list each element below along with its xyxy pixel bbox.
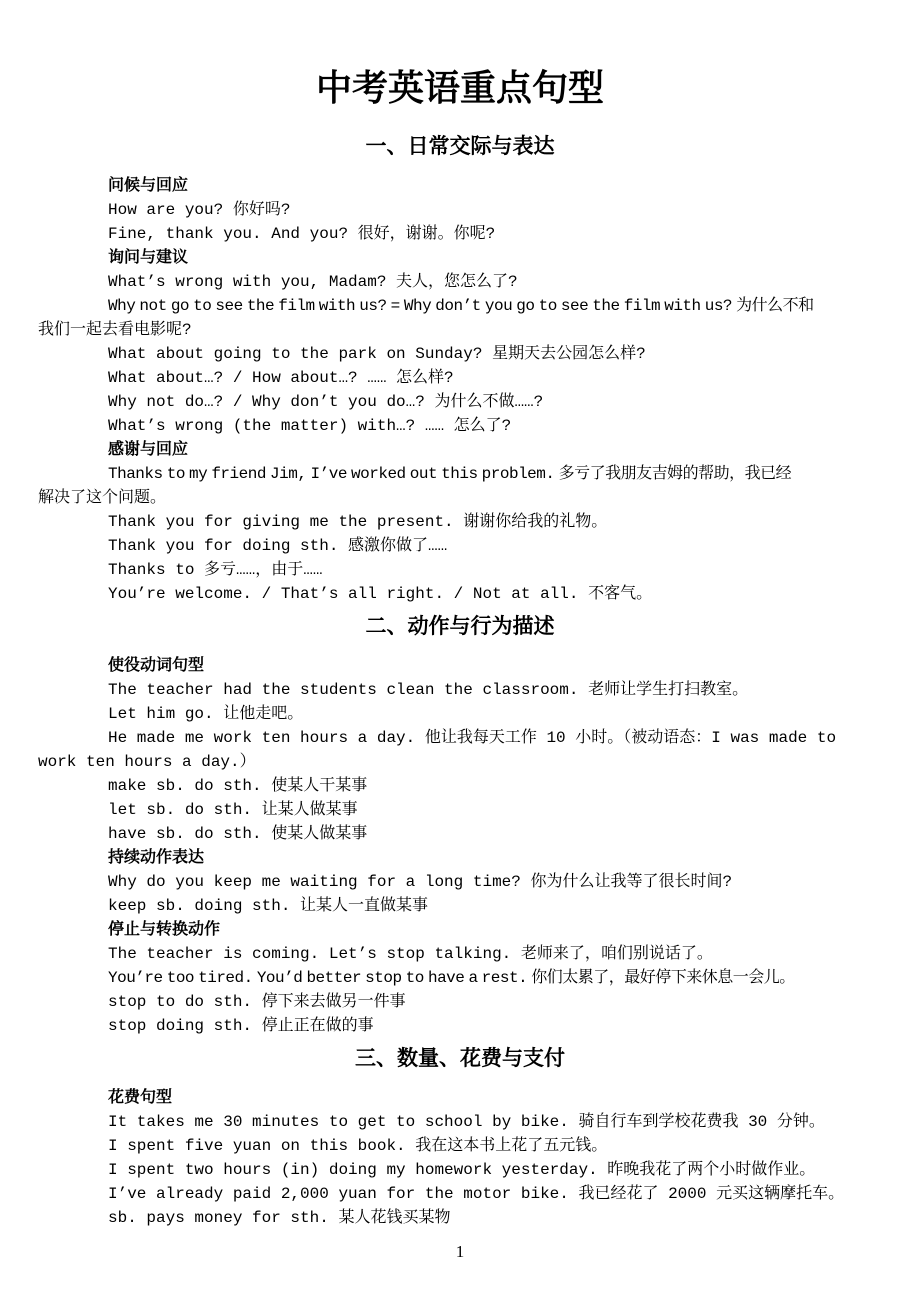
sentence-line: have sb. do sth. 使某人做某事 [38,822,882,846]
sentence-line: make sb. do sth. 使某人干某事 [38,774,882,798]
sentence-line: What’s wrong (the matter) with…? …… 怎么了? [38,414,882,438]
sentence-line: What’s wrong with you, Madam? 夫人，您怎么了? [38,270,882,294]
section-heading: 三、数量、花费与支付 [38,1044,882,1074]
sentence-line: You’re welcome. / That’s all right. / No… [38,582,882,606]
sentence-line: let sb. do sth. 让某人做某事 [38,798,882,822]
sentence-line: He made me work ten hours a day. 他让我每天工作… [38,726,882,750]
sentence-continuation-line: 解决了这个问题。 [38,486,882,510]
doc-title: 中考英语重点句型 [38,64,882,112]
subsection-heading: 花费句型 [38,1086,882,1110]
sentence-line: I spent five yuan on this book. 我在这本书上花了… [38,1134,882,1158]
sentence-line: Thank you for giving me the present. 谢谢你… [38,510,882,534]
sentence-line: Let him go. 让他走吧。 [38,702,882,726]
subsection-heading: 询问与建议 [38,246,882,270]
sentence-line: Thanks to 多亏……，由于…… [38,558,882,582]
sentence-line: keep sb. doing sth. 让某人一直做某事 [38,894,882,918]
sentence-line: Thanks to my friend Jim, I’ve worked out… [38,462,882,486]
subsection-heading: 感谢与回应 [38,438,882,462]
sentence-line: You’re too tired. You’d better stop to h… [38,966,882,990]
sentence-line: I spent two hours (in) doing my homework… [38,1158,882,1182]
sentence-line: Thank you for doing sth. 感激你做了…… [38,534,882,558]
subsection-heading: 问候与回应 [38,174,882,198]
sentence-line: Why not do…? / Why don’t you do…? 为什么不做…… [38,390,882,414]
sentence-line: stop to do sth. 停下来去做另一件事 [38,990,882,1014]
sentence-line: Why do you keep me waiting for a long ti… [38,870,882,894]
section-heading: 二、动作与行为描述 [38,612,882,642]
document-page: 中考英语重点句型 一、日常交际与表达 问候与回应 How are you? 你好… [0,0,920,1302]
sentence-line: Why not go to see the film with us? = Wh… [38,294,882,318]
sentence-line: It takes me 30 minutes to get to school … [38,1110,882,1134]
sentence-line: stop doing sth. 停止正在做的事 [38,1014,882,1038]
subsection-heading: 使役动词句型 [38,654,882,678]
sentence-continuation-line: 我们一起去看电影呢? [38,318,882,342]
page-number: 1 [38,1240,882,1264]
sentence-line: What about going to the park on Sunday? … [38,342,882,366]
sentence-line: The teacher had the students clean the c… [38,678,882,702]
sentence-line: The teacher is coming. Let’s stop talkin… [38,942,882,966]
subsection-heading: 持续动作表达 [38,846,882,870]
sentence-line: sb. pays money for sth. 某人花钱买某物 [38,1206,882,1230]
section-heading: 一、日常交际与表达 [38,132,882,162]
subsection-heading: 停止与转换动作 [38,918,882,942]
sentence-line: What about…? / How about…? …… 怎么样? [38,366,882,390]
sentence-line: I’ve already paid 2,000 yuan for the mot… [38,1182,882,1206]
sentence-continuation-line: work ten hours a day.） [38,750,882,774]
sentence-line: Fine, thank you. And you? 很好，谢谢。你呢? [38,222,882,246]
sentence-line: How are you? 你好吗? [38,198,882,222]
